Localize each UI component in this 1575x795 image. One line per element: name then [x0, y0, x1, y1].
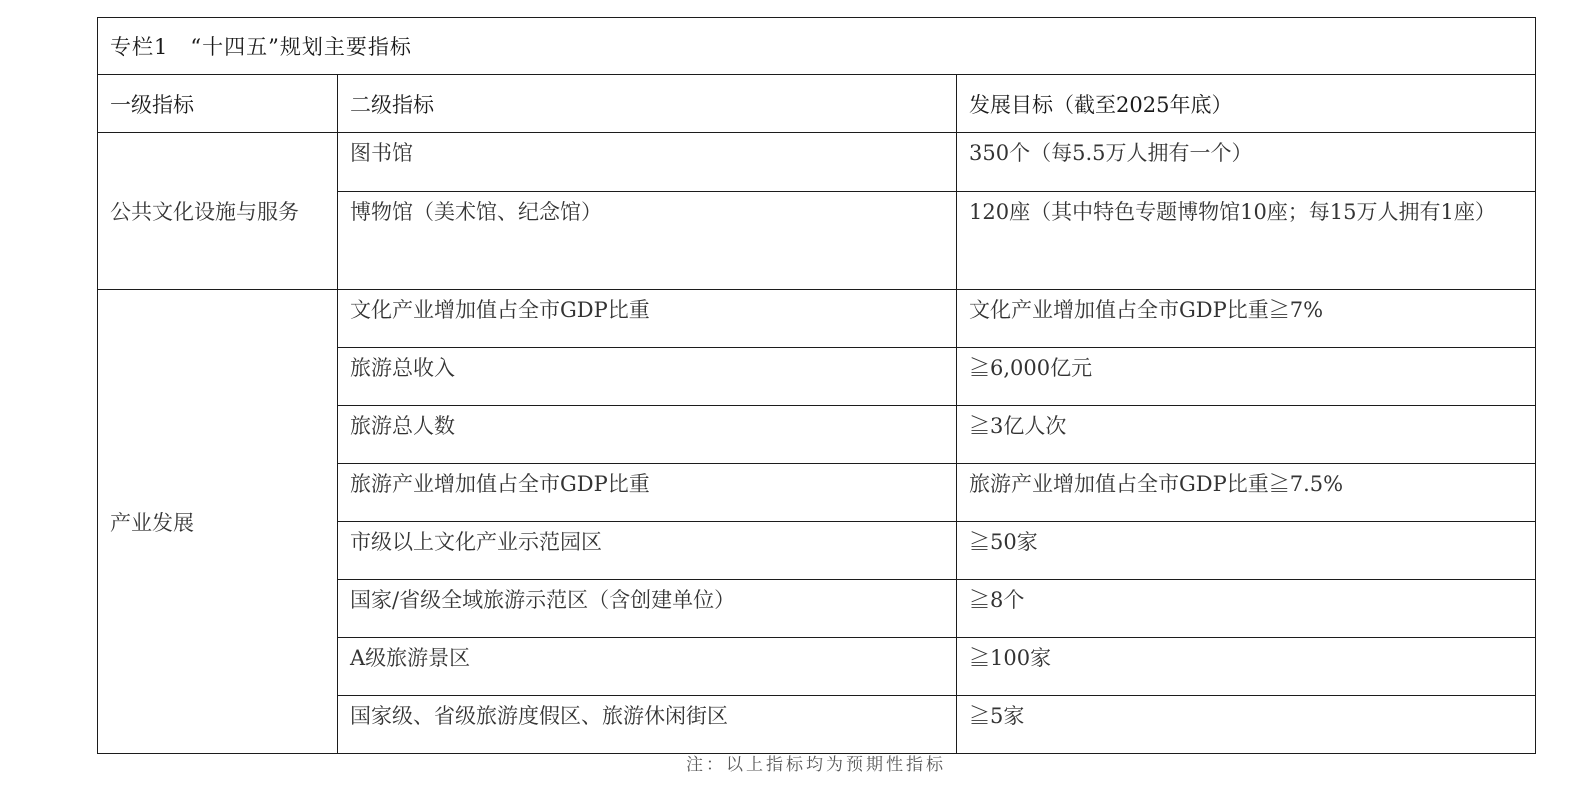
column-header-secondary-indicator: 二级指标 [338, 75, 957, 133]
category-public-culture: 公共文化设施与服务 [98, 133, 338, 290]
table-row: 公共文化设施与服务 图书馆 350个（每5.5万人拥有一个） [98, 133, 1536, 192]
indicator-cell: 国家/省级全域旅游示范区（含创建单位） [338, 580, 957, 638]
column-header-primary-indicator: 一级指标 [98, 75, 338, 133]
indicator-cell: 旅游总人数 [338, 406, 957, 464]
target-cell: ≧3亿人次 [957, 406, 1536, 464]
target-cell: ≧50家 [957, 522, 1536, 580]
table-title: 专栏1 “十四五”规划主要指标 [98, 18, 1536, 75]
column-header-development-target: 发展目标（截至2025年底） [957, 75, 1536, 133]
indicator-cell: 旅游总收入 [338, 348, 957, 406]
table-header-row: 一级指标 二级指标 发展目标（截至2025年底） [98, 75, 1536, 133]
indicator-cell: 文化产业增加值占全市GDP比重 [338, 290, 957, 348]
indicator-cell: A级旅游景区 [338, 638, 957, 696]
target-cell: ≧100家 [957, 638, 1536, 696]
indicator-cell: 国家级、省级旅游度假区、旅游休闲街区 [338, 696, 957, 754]
indicator-cell: 市级以上文化产业示范园区 [338, 522, 957, 580]
indicator-cell: 图书馆 [338, 133, 957, 192]
target-cell: ≧5家 [957, 696, 1536, 754]
document-page: 专栏1 “十四五”规划主要指标 一级指标 二级指标 发展目标（截至2025年底）… [0, 0, 1575, 795]
indicator-cell: 博物馆（美术馆、纪念馆） [338, 192, 957, 290]
table-footnote: 注：以上指标均为预期性指标 [97, 752, 1535, 778]
target-cell: 350个（每5.5万人拥有一个） [957, 133, 1536, 192]
target-cell: 120座（其中特色专题博物馆10座；每15万人拥有1座） [957, 192, 1536, 290]
target-cell: ≧6,000亿元 [957, 348, 1536, 406]
table-row: 产业发展 文化产业增加值占全市GDP比重 文化产业增加值占全市GDP比重≧7% [98, 290, 1536, 348]
indicator-cell: 旅游产业增加值占全市GDP比重 [338, 464, 957, 522]
target-cell: 文化产业增加值占全市GDP比重≧7% [957, 290, 1536, 348]
plan-indicators-table: 专栏1 “十四五”规划主要指标 一级指标 二级指标 发展目标（截至2025年底）… [97, 17, 1536, 754]
table-title-row: 专栏1 “十四五”规划主要指标 [98, 18, 1536, 75]
category-industry-development: 产业发展 [98, 290, 338, 754]
target-cell: ≧8个 [957, 580, 1536, 638]
target-cell: 旅游产业增加值占全市GDP比重≧7.5% [957, 464, 1536, 522]
